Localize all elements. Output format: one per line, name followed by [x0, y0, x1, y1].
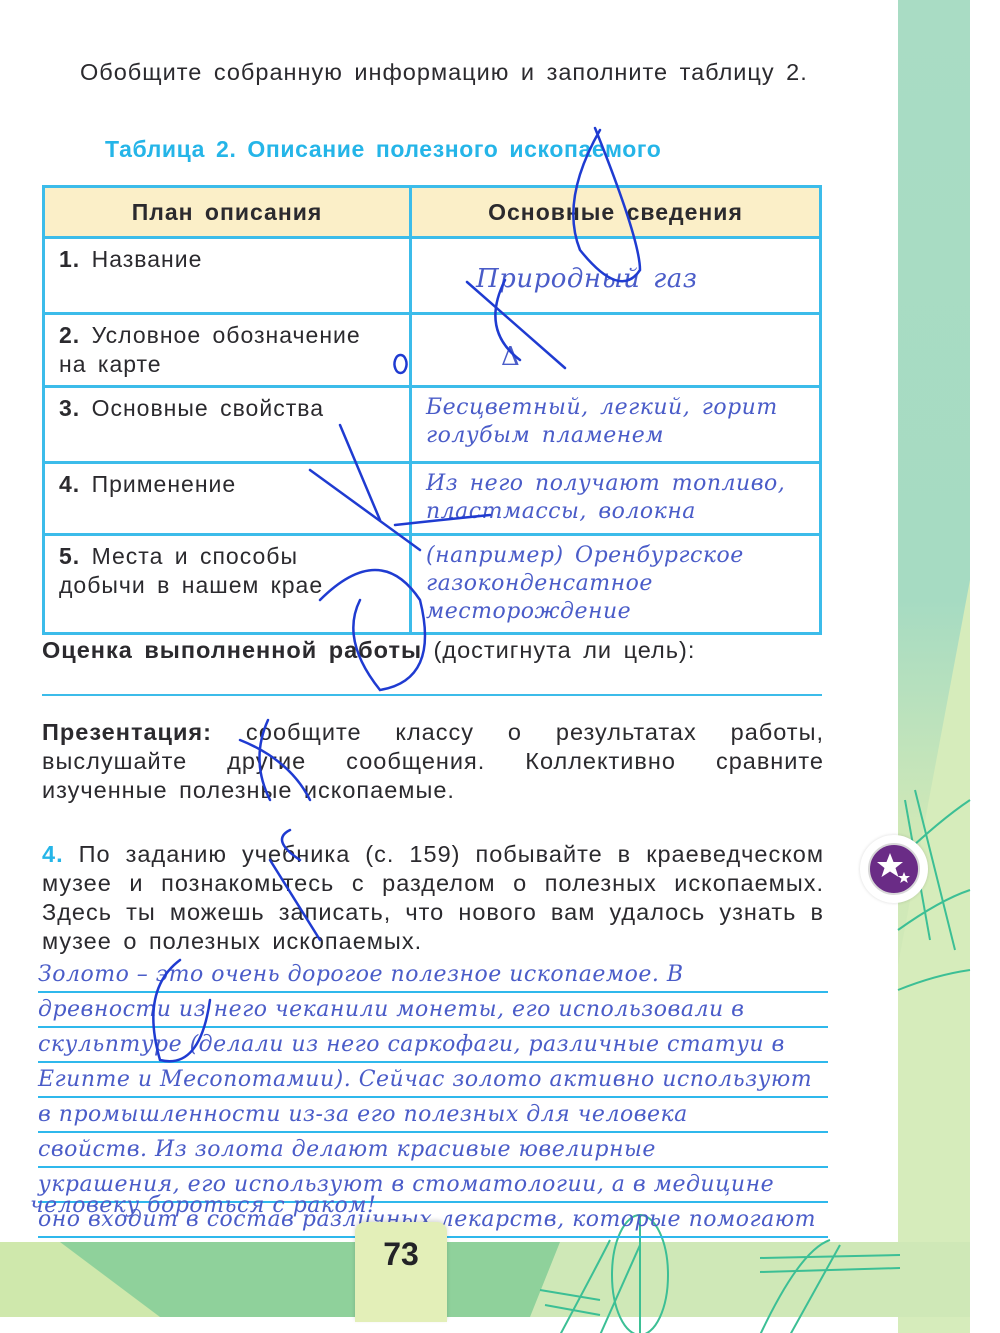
evaluation-answer-line[interactable] — [42, 694, 822, 696]
row-answer[interactable]: Δ — [411, 314, 821, 387]
decorative-bottom-band-right — [530, 1242, 970, 1317]
row-label: 5. Места и способы добычи в нашем крае — [44, 535, 411, 634]
header-info: Основные сведения — [411, 187, 821, 238]
row-label: 2. Условное обозначение на карте — [44, 314, 411, 387]
row-answer[interactable]: Из него получают топливо, пластмассы, во… — [411, 463, 821, 535]
table-title: Таблица 2. Описание полезного ископаемог… — [105, 136, 661, 163]
row-answer[interactable]: Природный газ — [411, 238, 821, 314]
answer-line[interactable]: скульптуре (делали из него саркофаги, ра… — [38, 1028, 828, 1063]
answer-line[interactable]: Египте и Месопотамии). Сейчас золото акт… — [38, 1063, 828, 1098]
row-answer[interactable]: Бесцветный, легкий, горит голубым пламен… — [411, 387, 821, 463]
row-answer[interactable]: (например) Оренбургское газоконденсатное… — [411, 535, 821, 634]
answer-line[interactable]: свойств. Из золота делают красивые ювели… — [38, 1133, 828, 1168]
handwritten-last-line: человеку бороться с раком! — [30, 1192, 376, 1220]
answer-line[interactable]: Золото – это очень дорогое полезное иско… — [38, 958, 828, 993]
presentation-text: Презентация: сообщите классу о результат… — [42, 718, 824, 805]
table-header-row: План описания Основные сведения — [44, 187, 821, 238]
table-row: 4. Применение Из него получают топливо, … — [44, 463, 821, 535]
header-plan: План описания — [44, 187, 411, 238]
answer-line[interactable]: древности из него чеканили монеты, его и… — [38, 993, 828, 1028]
evaluation-prompt: Оценка выполненной работы (достигнута ли… — [42, 636, 695, 665]
row-label: 3. Основные свойства — [44, 387, 411, 463]
table-row: 2. Условное обозначение на карте Δ — [44, 314, 821, 387]
row-label: 4. Применение — [44, 463, 411, 535]
stars-icon — [868, 843, 920, 895]
intro-text: Обобщите собранную информацию и заполнит… — [80, 58, 820, 87]
page-number: 73 — [355, 1236, 447, 1273]
answer-line[interactable]: в промышленности из-за его полезных для … — [38, 1098, 828, 1133]
task-4-text: 4. По заданию учебника (с. 159) побывайт… — [42, 840, 824, 956]
table-row: 1. Название Природный газ — [44, 238, 821, 314]
table-row: 5. Места и способы добычи в нашем крае (… — [44, 535, 821, 634]
description-table: План описания Основные сведения 1. Назва… — [42, 185, 822, 635]
table-row: 3. Основные свойства Бесцветный, легкий,… — [44, 387, 821, 463]
row-label: 1. Название — [44, 238, 411, 314]
stars-badge — [860, 835, 928, 903]
